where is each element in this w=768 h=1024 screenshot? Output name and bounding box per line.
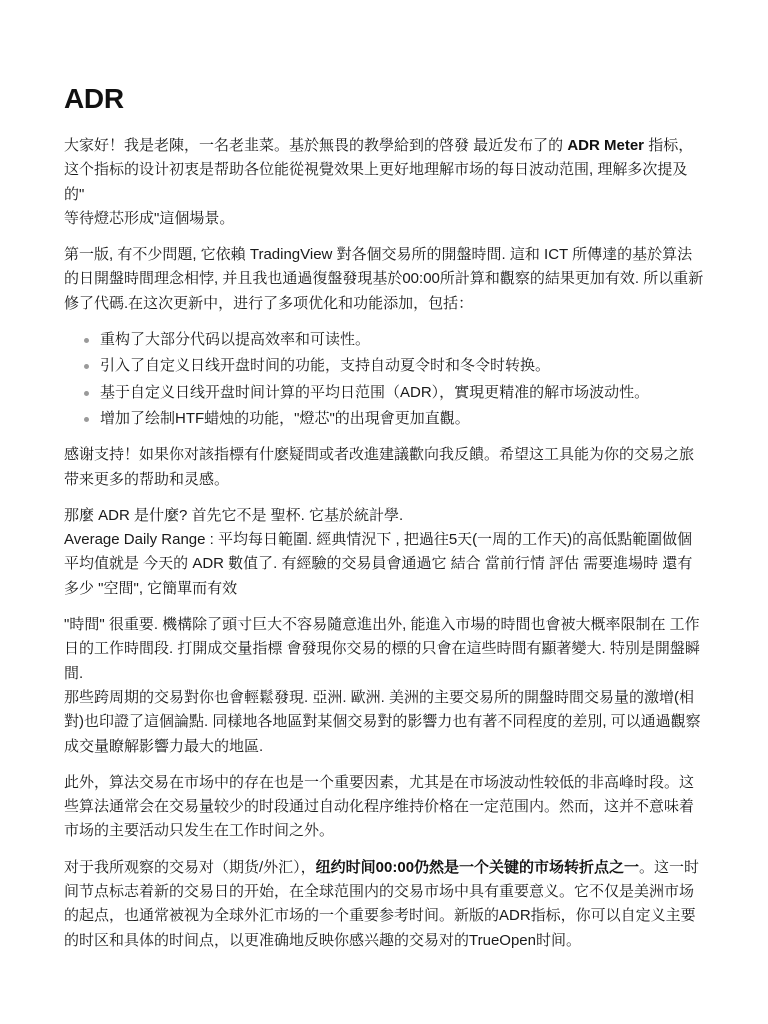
intro-paragraph: 大家好！我是老陳，一名老韭菜。基於無畏的教學給到的啓發 最近发布了的 ADR M… xyxy=(64,134,704,231)
time-line-2: 那些跨周期的交易對你也會輕鬆發現. 亞洲. 歐洲. 美洲的主要交易所的開盤時間交… xyxy=(64,689,701,755)
ny-text-1: 对于我所观察的交易对（期货/外汇）， xyxy=(64,859,316,876)
indicator-name: ADR Meter xyxy=(567,137,644,154)
intro-text-3: 等待燈芯形成"這個場景。 xyxy=(64,210,234,227)
version-paragraph: 第一版, 有不少問題, 它依賴 TradingView 對各個交易所的開盤時間.… xyxy=(64,243,704,316)
list-item: 重构了大部分代码以提高效率和可读性。 xyxy=(84,328,704,352)
document-page: ADR 大家好！我是老陳，一名老韭菜。基於無畏的教學給到的啓發 最近发布了的 A… xyxy=(0,0,768,953)
what-is-adr-line-1: 那麼 ADR 是什麼? 首先它不是 聖杯. 它基於統計學. xyxy=(64,507,403,524)
what-is-adr-paragraph: 那麼 ADR 是什麼? 首先它不是 聖杯. 它基於統計學. Average Da… xyxy=(64,504,704,601)
intro-text-1: 大家好！我是老陳，一名老韭菜。基於無畏的教學給到的啓發 最近发布了的 xyxy=(64,137,567,154)
algo-paragraph: 此外，算法交易在市场中的存在也是一个重要因素，尤其是在市场波动性较低的非高峰时段… xyxy=(64,771,704,844)
ny-paragraph: 对于我所观察的交易对（期货/外汇），纽约时间00:00仍然是一个关键的市场转折点… xyxy=(64,856,704,953)
page-title: ADR xyxy=(64,82,704,116)
thanks-paragraph: 感谢支持！如果你对該指標有什麽疑問或者改進建議歡向我反饋。希望这工具能为你的交易… xyxy=(64,443,704,492)
ny-emphasis: 纽约时间00:00仍然是一个关键的市场转折点之一 xyxy=(316,859,639,876)
list-item: 基于自定义日线开盘时间计算的平均日范围（ADR），實現更精准的解市场波动性。 xyxy=(84,381,704,405)
time-paragraph: "時間" 很重要. 機構除了頭寸巨大不容易隨意進出外, 能進入市場的時間也會被大… xyxy=(64,613,704,759)
updates-list: 重构了大部分代码以提高效率和可读性。 引入了自定义日线开盘时间的功能，支持自动夏… xyxy=(64,328,704,431)
list-item: 引入了自定义日线开盘时间的功能，支持自动夏令时和冬令时转换。 xyxy=(84,354,704,378)
time-line-1: "時間" 很重要. 機構除了頭寸巨大不容易隨意進出外, 能進入市場的時間也會被大… xyxy=(64,616,700,682)
what-is-adr-line-2: Average Daily Range : 平均每日範圍. 經典情況下 , 把過… xyxy=(64,531,692,597)
list-item: 增加了绘制HTF蜡烛的功能，"燈芯"的出現會更加直觀。 xyxy=(84,407,704,431)
